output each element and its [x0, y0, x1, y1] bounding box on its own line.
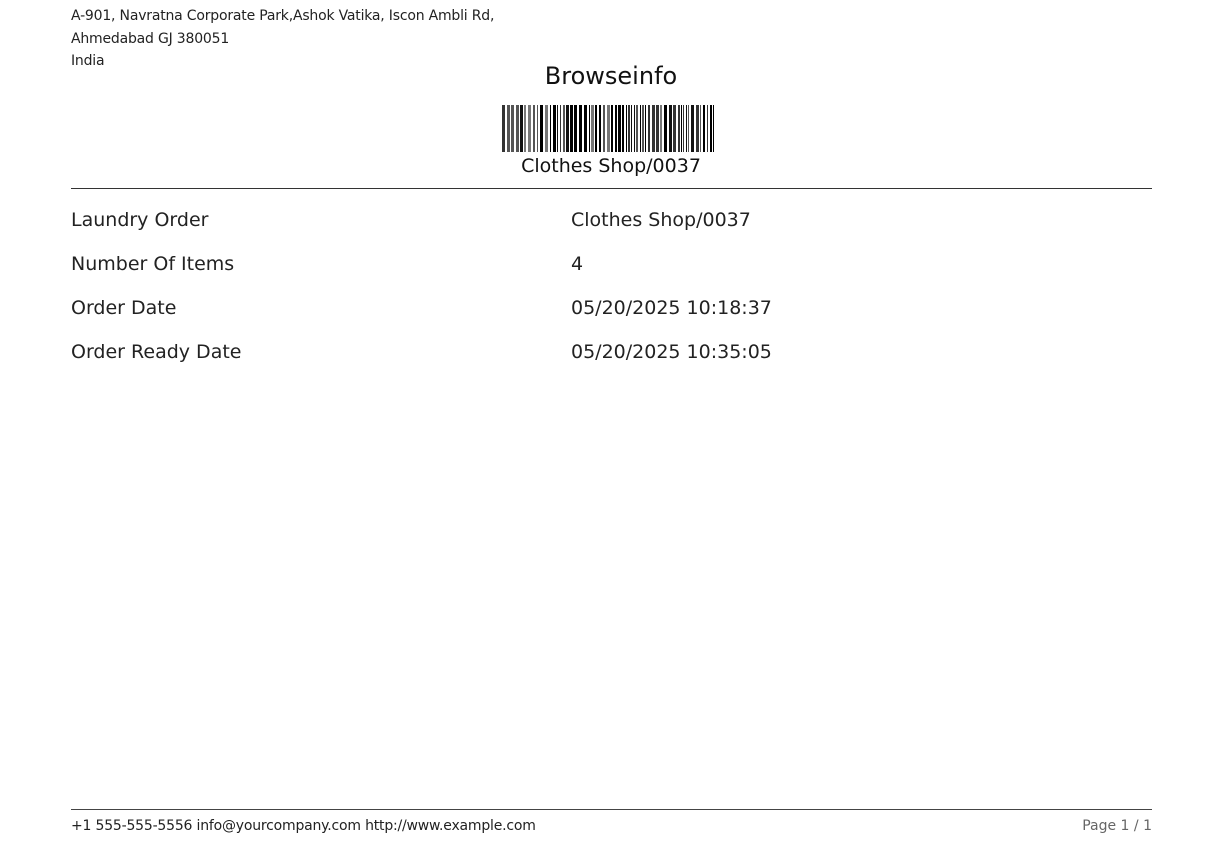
address-line-1: A-901, Navratna Corporate Park,Ashok Vat… — [71, 5, 494, 28]
order-details: Laundry Order Clothes Shop/0037 Number O… — [71, 198, 1152, 374]
detail-row-order-ready-date: Order Ready Date 05/20/2025 10:35:05 — [71, 330, 1152, 374]
header-divider — [71, 188, 1152, 189]
detail-label: Laundry Order — [71, 209, 571, 231]
detail-row-number-of-items: Number Of Items 4 — [71, 242, 1152, 286]
detail-value: 05/20/2025 10:18:37 — [571, 297, 772, 319]
detail-value: 05/20/2025 10:35:05 — [571, 341, 772, 363]
footer-contact: +1 555-555-5556 info@yourcompany.com htt… — [71, 818, 536, 834]
detail-label: Order Date — [71, 297, 571, 319]
detail-value: 4 — [571, 253, 583, 275]
detail-row-order-date: Order Date 05/20/2025 10:18:37 — [71, 286, 1152, 330]
detail-label: Number Of Items — [71, 253, 571, 275]
detail-value: Clothes Shop/0037 — [571, 209, 751, 231]
barcode-label: Clothes Shop/0037 — [0, 155, 1222, 177]
detail-label: Order Ready Date — [71, 341, 571, 363]
address-line-2: Ahmedabad GJ 380051 — [71, 28, 494, 51]
barcode-icon — [502, 105, 717, 152]
detail-row-laundry-order: Laundry Order Clothes Shop/0037 — [71, 198, 1152, 242]
footer-divider — [71, 809, 1152, 810]
company-name: Browseinfo — [0, 62, 1222, 90]
page-number: Page 1 / 1 — [1082, 818, 1152, 834]
